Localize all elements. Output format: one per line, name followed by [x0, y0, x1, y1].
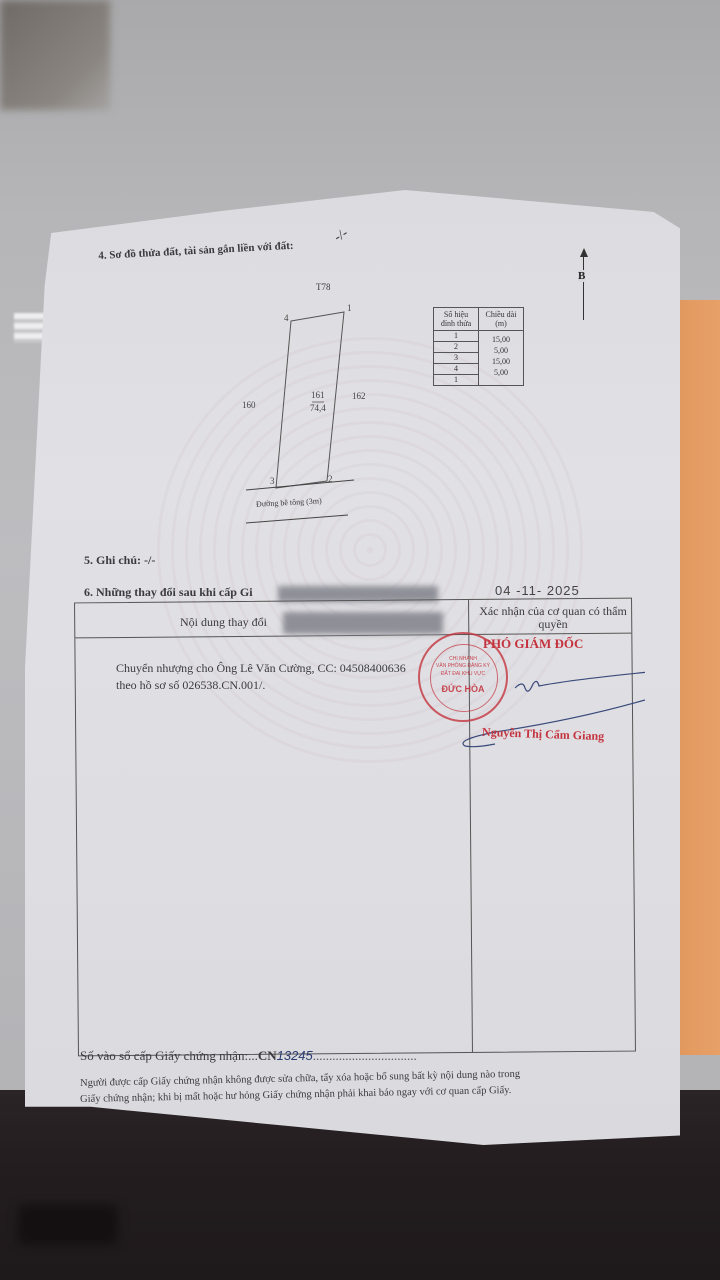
length-cell: 15,00: [483, 356, 519, 367]
vertex-1-label: 1: [347, 303, 352, 313]
background-object: [0, 0, 110, 110]
col-header-length: Chiều dài (m): [479, 308, 524, 331]
section-6-title: 6. Những thay đổi sau khi cấp Gi: [84, 585, 253, 600]
header-change-content: Nội dung thay đổi: [180, 615, 267, 630]
north-arrow-icon: B: [578, 250, 590, 320]
point-cell: 1: [434, 375, 479, 386]
register-number-line: Số vào sổ cấp Giấy chứng nhận:...CN13245…: [80, 1048, 417, 1064]
change-date: 04 -11- 2025: [495, 583, 580, 598]
change-content-line-2: theo hồ sơ số 026538.CN.001/.: [116, 678, 265, 693]
register-label: Số vào sổ cấp Giấy chứng nhận:...: [80, 1048, 258, 1063]
parcel-number: 161: [311, 390, 325, 400]
point-cell: 3: [434, 353, 479, 364]
vertex-4-label: 4: [284, 313, 289, 323]
neighbor-right-parcel: 162: [352, 391, 366, 401]
length-cell: 5,00: [483, 345, 519, 356]
point-cell: 1: [434, 331, 479, 342]
header-authority-confirmation: Xác nhận của cơ quan có thẩm quyền: [478, 605, 628, 631]
change-content-line-1: Chuyển nhượng cho Ông Lê Văn Cường, CC: …: [116, 661, 406, 676]
vertex-2-label: 2: [328, 474, 333, 484]
point-cell: 2: [434, 342, 479, 353]
north-label: B: [578, 270, 585, 282]
point-cell: 4: [434, 364, 479, 375]
redacted-area: [283, 612, 443, 634]
register-prefix: CN: [258, 1048, 277, 1063]
coordinate-table: Số hiệu đỉnh thửa Chiều dài (m) 115,005,…: [433, 307, 524, 386]
length-cell: 15,00: [483, 334, 519, 345]
signer-title: PHÓ GIÁM ĐỐC: [483, 636, 583, 652]
blurred-watermark: [18, 1205, 118, 1245]
neighbor-left-parcel: 160: [242, 400, 256, 410]
length-cell-group: 15,005,0015,005,00: [479, 331, 524, 386]
vertex-3-label: 3: [270, 476, 275, 486]
table-row: 115,005,0015,005,00: [434, 331, 524, 342]
parcel-area: 74,4: [310, 403, 326, 413]
section-5-note: 5. Ghi chú: -/-: [84, 553, 155, 568]
length-cell: 5,00: [483, 367, 519, 378]
register-number: 13245: [277, 1048, 313, 1063]
col-header-point: Số hiệu đỉnh thửa: [434, 308, 479, 331]
register-dots: ................................: [313, 1048, 417, 1063]
